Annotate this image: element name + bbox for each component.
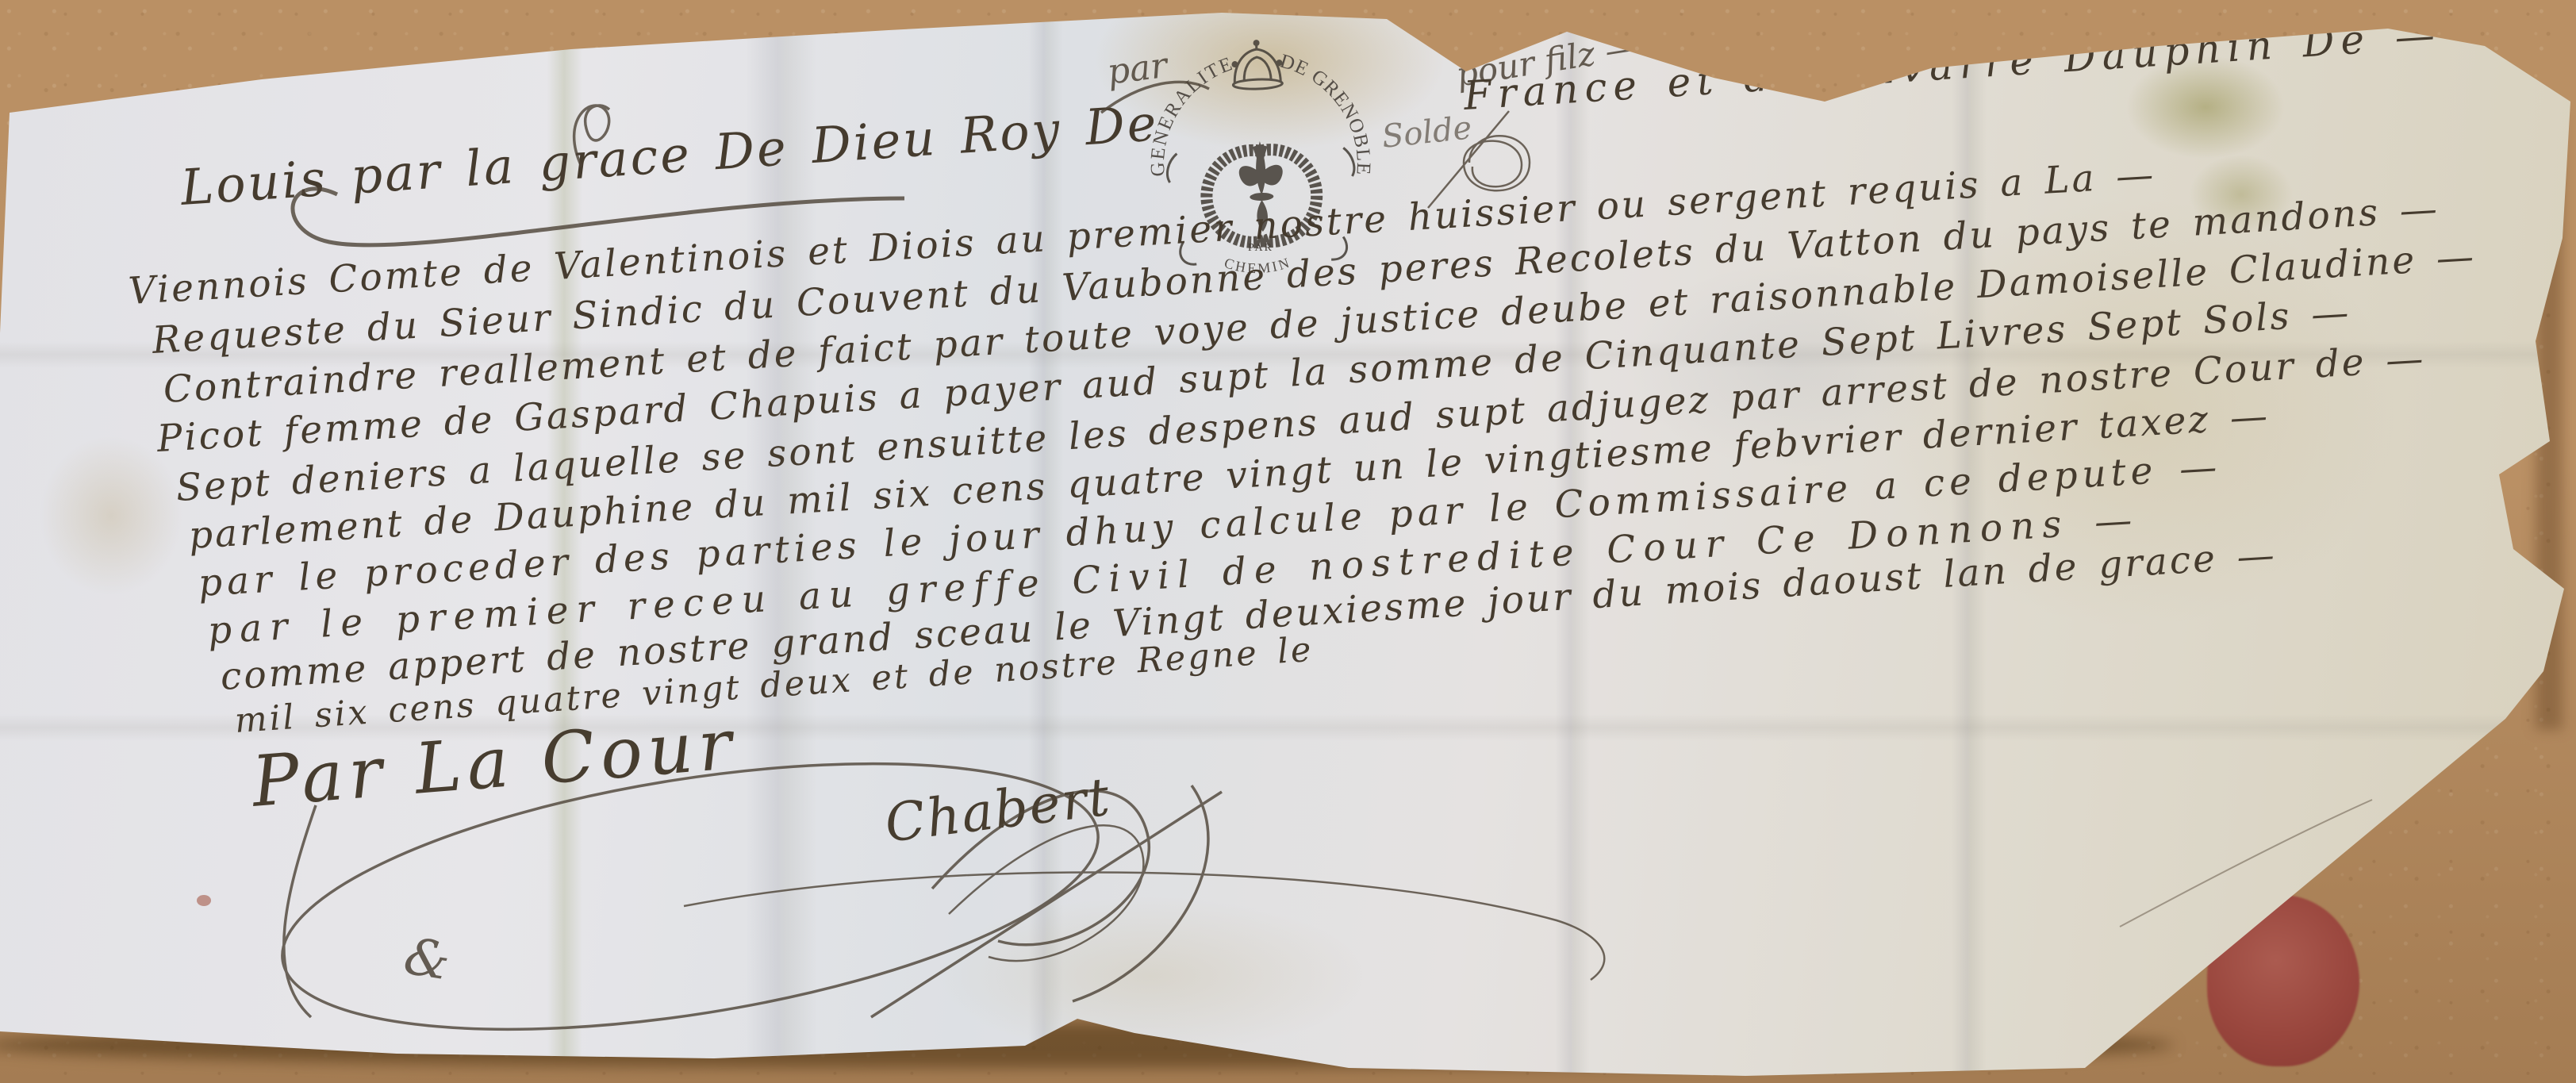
stain [936, 897, 1365, 1055]
foxing-spot [197, 895, 211, 906]
docket-note-par: par [1105, 45, 1169, 93]
par-la-cour-descender [284, 805, 316, 1017]
clerk-signature: Chabert [881, 766, 1114, 854]
solde-scribble-paraph [1464, 136, 1530, 190]
body-line: Louis par la grace De Dieu Roy De [179, 94, 1161, 217]
paraph-mark: & [400, 927, 454, 992]
manuscript-paper: GENERALITE DE GRENOBLE PAR CHEMIN par po… [0, 0, 2576, 1083]
photo-of-manuscript: { "document": { "stamp": { "arc_left": "… [0, 0, 2576, 1083]
